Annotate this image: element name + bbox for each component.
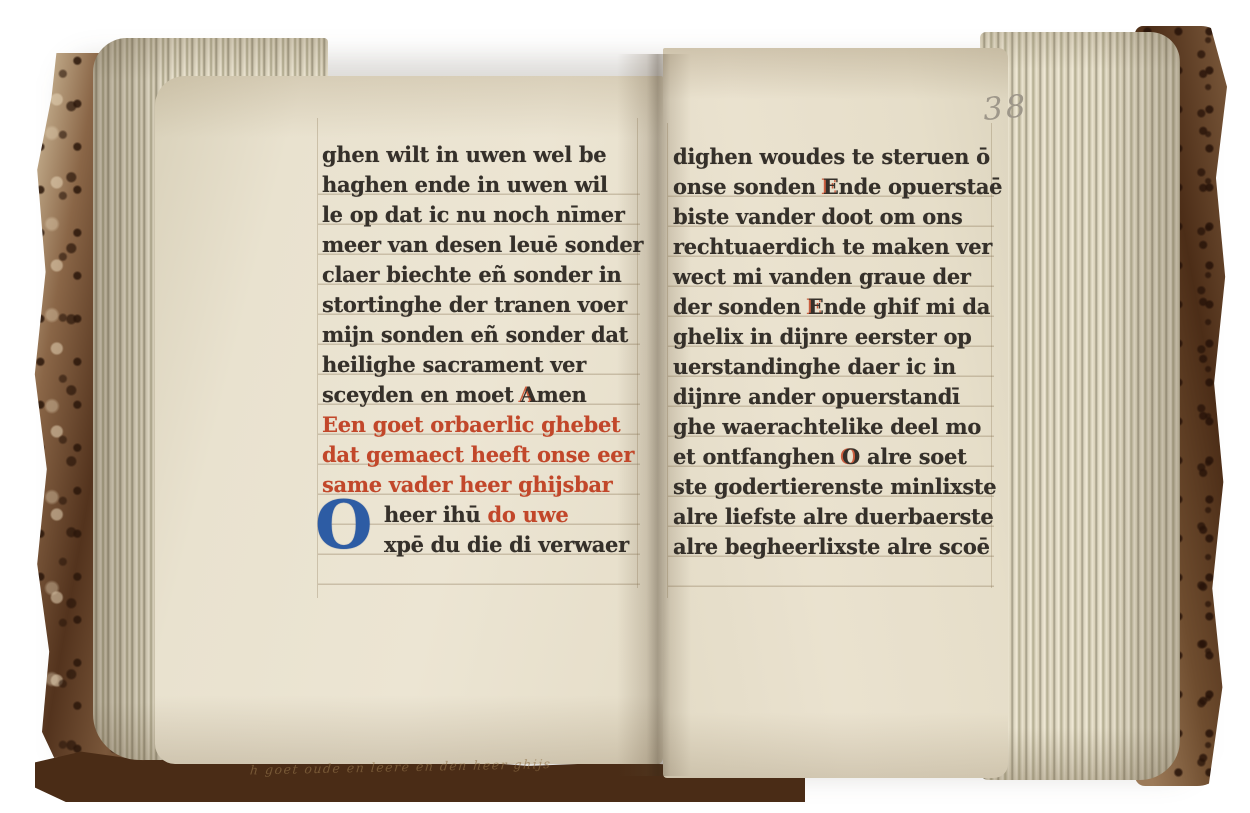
text-line: ghelix in dijnre eerster op bbox=[673, 322, 995, 352]
text-segment: heilighe sacrament ver bbox=[322, 352, 586, 377]
text-segment: E bbox=[808, 294, 824, 319]
text-line: dighen woudes te steruen ō bbox=[673, 142, 995, 172]
text-line: meer van desen leuē sonder bbox=[322, 230, 637, 260]
text-line: le op dat ic nu noch nīmer bbox=[322, 200, 637, 230]
text-segment: der sonden bbox=[673, 294, 808, 319]
text-segment: alre liefste alre duerbaerste bbox=[673, 504, 993, 529]
text-line: biste vander doot om ons bbox=[673, 202, 995, 232]
right-page-stack-edges bbox=[980, 32, 1180, 780]
text-line: dat gemaect heeft onse eer bbox=[322, 440, 637, 470]
text-line: heilighe sacrament ver bbox=[322, 350, 637, 380]
text-segment: O bbox=[842, 444, 860, 469]
text-line: rechtuaerdich te maken ver bbox=[673, 232, 995, 262]
text-line: dijnre ander opuerstandī bbox=[673, 382, 995, 412]
text-line: mijn sonden eñ sonder dat bbox=[322, 320, 637, 350]
text-line: et ontfanghen O alre soet bbox=[673, 442, 995, 472]
text-segment: ghe waerachtelike deel mo bbox=[673, 414, 981, 439]
text-segment: do uwe bbox=[488, 502, 569, 527]
text-segment: biste vander doot om ons bbox=[673, 204, 963, 229]
text-segment: ghen wilt in uwen wel be bbox=[322, 142, 606, 167]
text-segment: A bbox=[521, 382, 537, 407]
right-page-text-block: dighen woudes te steruen ōonse sonden En… bbox=[673, 142, 995, 562]
text-segment: claer biechte eñ sonder in bbox=[322, 262, 621, 287]
text-segment: wect mi vanden graue der bbox=[673, 264, 971, 289]
text-segment: heer ihū bbox=[384, 502, 488, 527]
text-line: sceyden en moet Amen bbox=[322, 380, 637, 410]
text-line: der sonden Ende ghif mi da bbox=[673, 292, 995, 322]
text-segment: ghelix in dijnre eerster op bbox=[673, 324, 972, 349]
text-segment: sceyden en moet bbox=[322, 382, 521, 407]
text-line: haghen ende in uwen wil bbox=[322, 170, 637, 200]
text-line: ste godertierenste minlixste bbox=[673, 472, 995, 502]
text-line: onse sonden Ende opuerstaē bbox=[673, 172, 995, 202]
text-segment: Een goet orbaerlic ghebet bbox=[322, 412, 620, 437]
text-line: Een goet orbaerlic ghebet bbox=[322, 410, 637, 440]
text-segment: nde opuerstaē bbox=[839, 174, 1003, 199]
text-line: uerstandinghe daer ic in bbox=[673, 352, 995, 382]
photo-background: ghen wilt in uwen wel behaghen ende in u… bbox=[0, 0, 1250, 813]
text-segment: xpē du die di verwaer bbox=[384, 532, 629, 557]
text-line: ghen wilt in uwen wel be bbox=[322, 140, 637, 170]
text-segment: men bbox=[537, 382, 587, 407]
text-segment: le op dat ic nu noch nīmer bbox=[322, 202, 625, 227]
text-segment: rechtuaerdich te maken ver bbox=[673, 234, 992, 259]
text-segment: alre begheerlixste alre scoē bbox=[673, 534, 990, 559]
text-segment: dighen woudes te steruen ō bbox=[673, 144, 990, 169]
text-segment: E bbox=[823, 174, 839, 199]
text-line: wect mi vanden graue der bbox=[673, 262, 995, 292]
illuminated-initial: O bbox=[315, 495, 373, 555]
text-segment: onse sonden bbox=[673, 174, 823, 199]
text-segment: uerstandinghe daer ic in bbox=[673, 354, 956, 379]
manuscript-book: ghen wilt in uwen wel behaghen ende in u… bbox=[25, 18, 1225, 793]
text-segment: haghen ende in uwen wil bbox=[322, 172, 608, 197]
text-segment: et ontfanghen bbox=[673, 444, 842, 469]
text-segment: stortinghe der tranen voer bbox=[322, 292, 627, 317]
text-line: alre begheerlixste alre scoē bbox=[673, 532, 995, 562]
text-line: stortinghe der tranen voer bbox=[322, 290, 637, 320]
text-segment: meer van desen leuē sonder bbox=[322, 232, 643, 257]
text-segment: mijn sonden eñ sonder dat bbox=[322, 322, 628, 347]
text-segment: alre soet bbox=[860, 444, 967, 469]
pencil-folio-number: 38 bbox=[982, 88, 1030, 128]
text-line: claer biechte eñ sonder in bbox=[322, 260, 637, 290]
text-segment: dijnre ander opuerstandī bbox=[673, 384, 960, 409]
text-segment: ste godertierenste minlixste bbox=[673, 474, 996, 499]
text-line: alre liefste alre duerbaerste bbox=[673, 502, 995, 532]
text-segment: nde ghif mi da bbox=[824, 294, 991, 319]
text-line: ghe waerachtelike deel mo bbox=[673, 412, 995, 442]
text-segment: dat gemaect heeft onse eer bbox=[322, 442, 634, 467]
